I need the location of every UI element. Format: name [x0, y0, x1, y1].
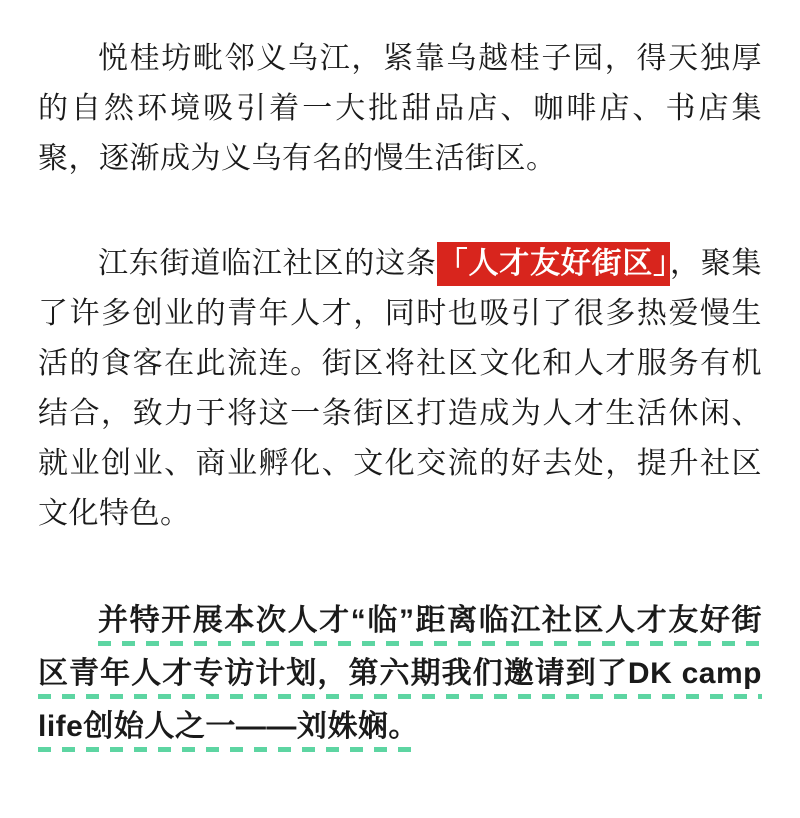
paragraph-street-lead: 江东街道临江社区的这条 [98, 247, 437, 280]
interview-announcement-underlined-text: 并特开展本次人才“临”距离临江社区人才友好街区青年人才专访计划，第六期我们邀请到… [38, 604, 762, 752]
paragraph-street: 江东街道临江社区的这条「人才友好街区」，聚集了许多创业的青年人才，同时也吸引了很… [38, 239, 762, 539]
talent-street-highlight: 「人才友好街区」 [437, 242, 670, 286]
paragraph-intro: 悦桂坊毗邻义乌江，紧靠乌越桂子园，得天独厚的自然环境吸引着一大批甜品店、咖啡店、… [38, 34, 762, 184]
article-body: 悦桂坊毗邻义乌江，紧靠乌越桂子园，得天独厚的自然环境吸引着一大批甜品店、咖啡店、… [0, 0, 800, 818]
paragraph-interview: 并特开展本次人才“临”距离临江社区人才友好街区青年人才专访计划，第六期我们邀请到… [38, 594, 762, 753]
article-page: { "page": { "background": "#ffffff", "te… [0, 0, 800, 818]
paragraph-street-rest: ，聚集了许多创业的青年人才，同时也吸引了很多热爱慢生活的食客在此流连。街区将社区… [38, 247, 762, 530]
